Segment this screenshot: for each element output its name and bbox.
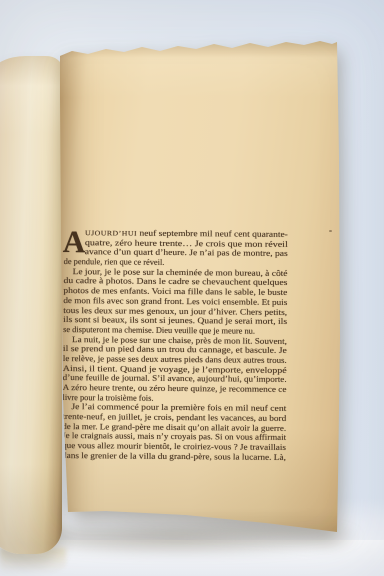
- book-photograph: ’ A UJOURD’HUI neuf septembre mil neuf c…: [0, 0, 384, 576]
- paper-speck: [329, 230, 332, 232]
- text-line: A zéro heure trente, ou zéro heure quinz…: [63, 383, 287, 395]
- left-page-curl: [0, 56, 62, 554]
- line-fragment: neuf septembre mil neuf cent quarante-: [137, 229, 288, 239]
- paragraph-opening: ’ A UJOURD’HUI neuf septembre mil neuf c…: [64, 228, 288, 269]
- right-page-paper: ’ A UJOURD’HUI neuf septembre mil neuf c…: [56, 38, 341, 538]
- paragraph-la-nuit: La nuit, je le pose sur une chaise, près…: [62, 335, 287, 405]
- paragraph-je-lai-commence: Je l’ai commencé pour la première fois e…: [62, 402, 286, 462]
- small-caps-word: UJOURD’HUI: [85, 230, 137, 237]
- text-line: ils sont si beaux, ils sont si jeunes. Q…: [63, 315, 287, 327]
- drop-cap: ’ A: [61, 227, 83, 256]
- text-line: avance d’un quart d’heure. Je n’ai pas d…: [64, 247, 288, 259]
- paragraph-le-jour: Le jour, je le pose sur la cheminée de m…: [63, 267, 288, 337]
- text-line: dans le grenier de la villa du grand-pèr…: [62, 451, 286, 463]
- drop-cap-letter: A: [63, 227, 86, 256]
- printed-text-block: ’ A UJOURD’HUI neuf septembre mil neuf c…: [62, 228, 288, 462]
- right-page: ’ A UJOURD’HUI neuf septembre mil neuf c…: [56, 38, 341, 538]
